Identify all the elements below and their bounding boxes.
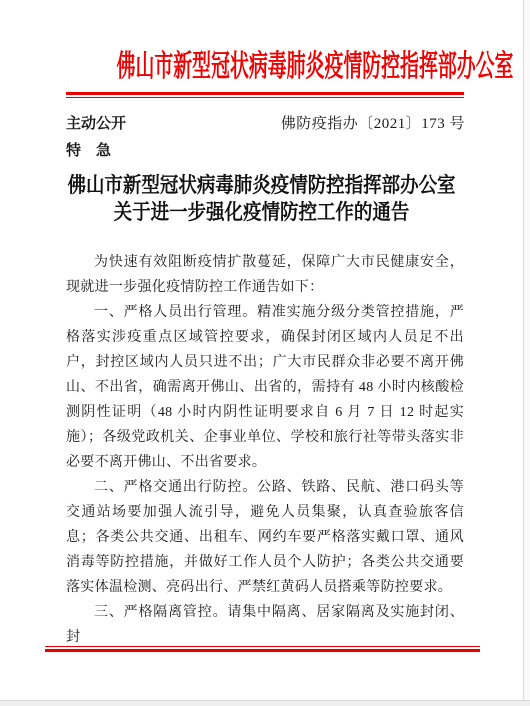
document-viewport: 佛山市新型冠状病毒肺炎疫情防控指挥部办公室 主动公开 佛防疫指办〔2021〕17… (0, 0, 530, 706)
rule-thin-line (66, 97, 464, 98)
document-page: 佛山市新型冠状病毒肺炎疫情防控指挥部办公室 主动公开 佛防疫指办〔2021〕17… (0, 0, 524, 700)
letterhead: 佛山市新型冠状病毒肺炎疫情防控指挥部办公室 (0, 50, 523, 84)
urgency-label: 特 急 (66, 139, 111, 160)
meta-row: 主动公开 佛防疫指办〔2021〕173 号 (66, 112, 465, 133)
disclosure-label: 主动公开 (66, 112, 126, 133)
document-body: 为快速有效阻断疫情扩散蔓延，保障广大市民健康安全，现就进一步强化疫情防控工作通告… (66, 250, 464, 650)
body-paragraph-intro: 为快速有效阻断疫情扩散蔓延，保障广大市民健康安全，现就进一步强化疫情防控工作通告… (66, 250, 464, 300)
letterhead-double-rule (66, 92, 464, 98)
document-title-line2: 关于进一步强化疫情防控工作的通告 (31, 199, 491, 226)
letterhead-org-title: 佛山市新型冠状病毒肺炎疫情防控指挥部办公室 (117, 50, 514, 84)
body-paragraph-item2: 二、严格交通出行防控。公路、铁路、民航、港口码头等交通站场要加强人流引导，避免人… (66, 475, 464, 600)
page-footer-double-rule (45, 646, 480, 652)
viewer-footer-strip (0, 700, 530, 706)
rule-thick-line (45, 649, 480, 652)
body-paragraph-item3: 三、严格隔离管控。请集中隔离、居家隔离及实施封闭、封 (66, 600, 464, 650)
document-title-line1: 佛山市新型冠状病毒肺炎疫情防控指挥部办公室 (31, 172, 491, 199)
body-paragraph-item1: 一、严格人员出行管理。精准实施分级分类管控措施，严格落实涉疫重点区域管控要求，确… (66, 300, 464, 475)
document-title: 佛山市新型冠状病毒肺炎疫情防控指挥部办公室 关于进一步强化疫情防控工作的通告 (0, 172, 523, 226)
document-number: 佛防疫指办〔2021〕173 号 (281, 112, 465, 133)
